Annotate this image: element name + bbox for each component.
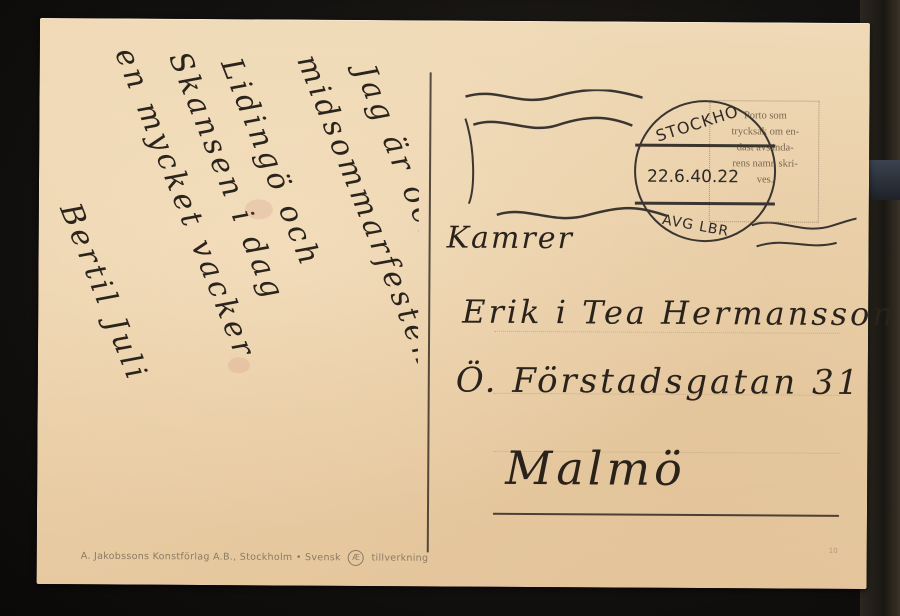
publisher-name: A. Jakobssons Konstförlag A.B., Stockhol… [81,551,293,563]
address-city: Malmö [505,441,686,496]
imprint-separator: • [296,552,302,563]
ae-logo-icon: Æ [348,550,364,566]
publisher-imprint: A. Jakobssons Konstförlag A.B., Stockhol… [81,548,429,566]
address-name: Erik i Tea Hermansson [462,293,896,334]
center-divider [427,72,432,552]
postmark-date: 22.6.40.22 [647,167,739,188]
imprint-made-in: Svensk [305,552,341,563]
corner-mark: 10 [829,547,838,555]
stain [228,357,250,373]
address-underline [493,513,839,517]
address-title: Kamrer [447,220,574,256]
handwritten-message: Jag är och tittar midsommarfesten Liding… [47,38,420,560]
postcard: Jag är och tittar midsommarfesten Liding… [37,18,870,589]
background-ledge [868,160,900,200]
imprint-made-suffix: tillverkning [371,553,428,564]
address-street: Ö. Förstadsgatan 31 [456,361,862,403]
message-line: Bertil Juli [52,198,154,387]
message-line: midsommarfesten [289,50,420,373]
stain [245,199,273,219]
